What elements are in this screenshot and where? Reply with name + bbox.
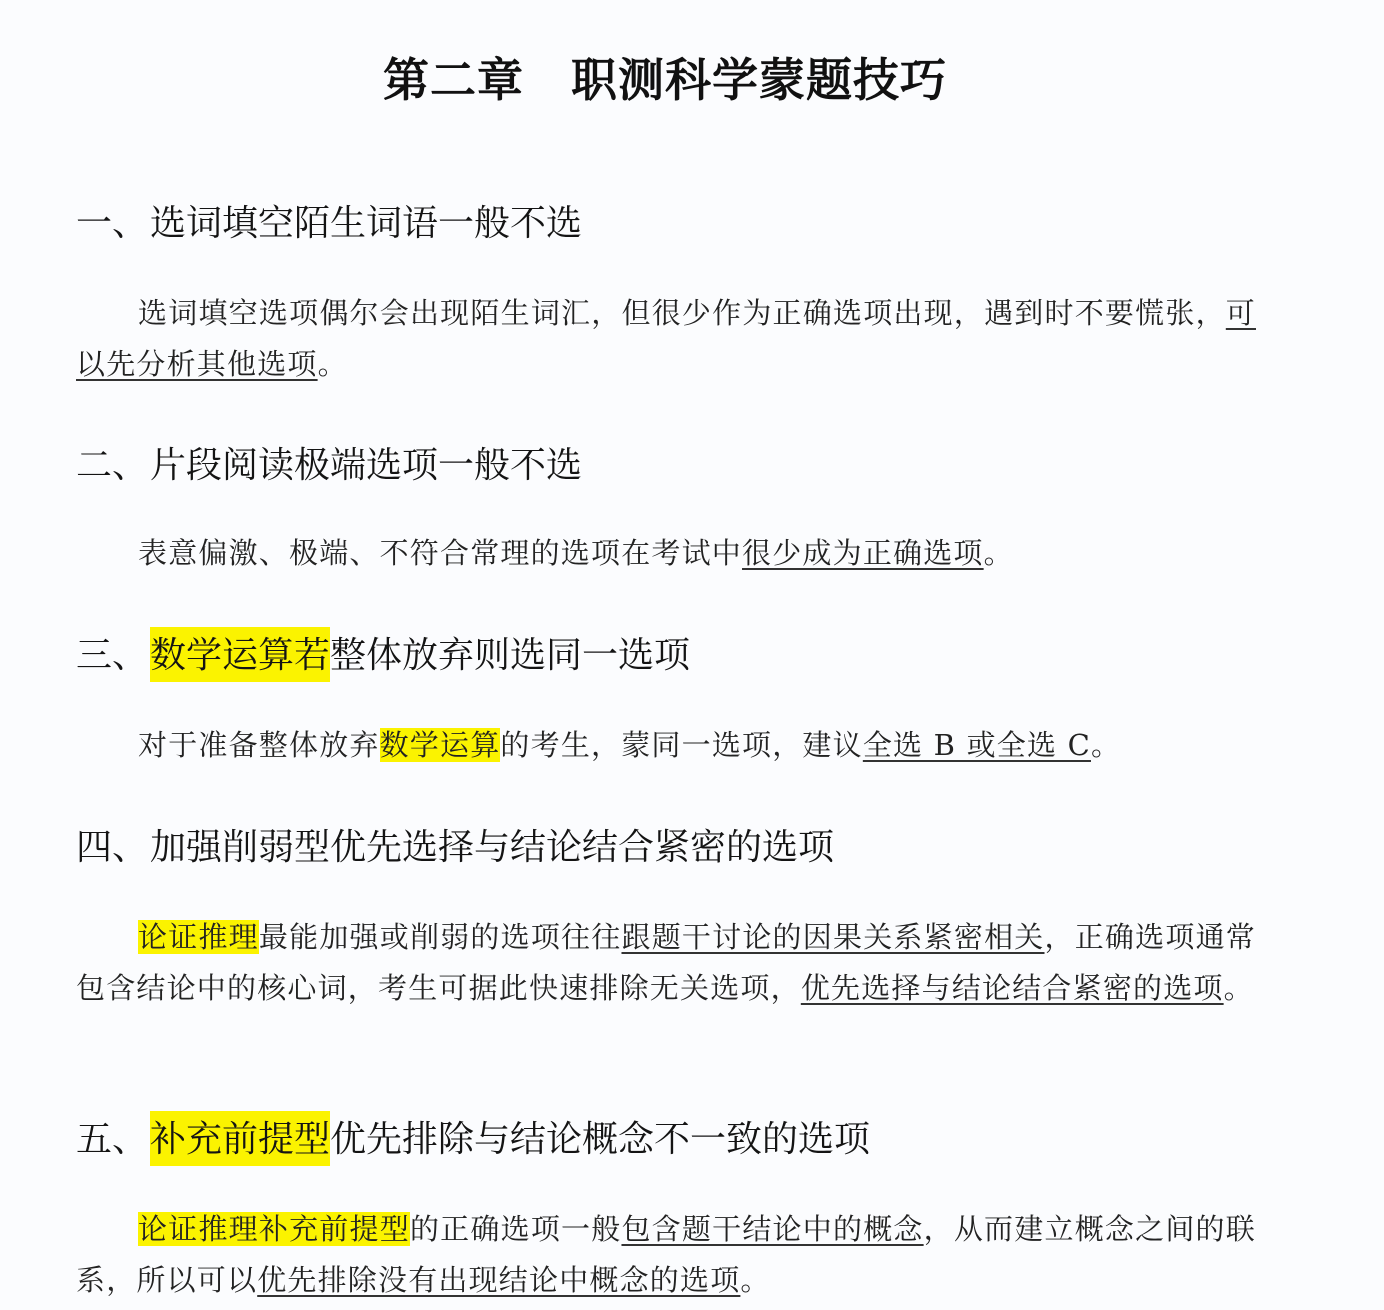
document-page: 第二章 职测科学蒙题技巧 一、选词填空陌生词语一般不选 选词填空选项偶尔会出现陌… [0,0,1384,1310]
underlined-text: 全选 B 或全选 C [863,728,1091,762]
section-body-2: 表意偏激、极端、不符合常理的选项在考试中很少成为正确选项。 [76,528,1256,579]
section-number: 四、 [76,824,150,872]
body-text: 。 [984,536,1014,570]
body-text: 。 [740,1263,770,1297]
body-text: 对于准备整体放弃 [138,728,380,762]
section-heading-1: 一、选词填空陌生词语一般不选 [76,200,582,248]
body-text: 。 [1091,728,1121,762]
section-body-4: 论证推理最能加强或削弱的选项往往跟题干讨论的因果关系紧密相关，正确选项通常包含结… [76,912,1256,1014]
underlined-text: 优先选择与结论结合紧密的选项 [801,971,1224,1005]
section-heading-4: 四、加强削弱型优先选择与结论结合紧密的选项 [76,824,834,872]
underlined-text: 很少成为正确选项 [742,536,984,570]
highlighted-text: 数学运算 [380,728,501,762]
highlighted-text: 论证推理补充前提型 [138,1212,410,1246]
heading-text: 片段阅读极端选项一般不选 [150,445,582,486]
body-text: 的考生，蒙同一选项，建议 [500,728,862,762]
heading-text: 整体放弃则选同一选项 [330,635,690,676]
heading-text: 加强削弱型优先选择与结论结合紧密的选项 [150,827,834,868]
section-body-1: 选词填空选项偶尔会出现陌生词汇，但很少作为正确选项出现，遇到时不要慌张，可以先分… [76,288,1256,390]
body-text: 最能加强或削弱的选项往往 [259,920,622,954]
body-text: 。 [318,347,348,381]
section-heading-5: 五、补充前提型优先排除与结论概念不一致的选项 [76,1116,870,1164]
highlighted-text: 数学运算若 [150,627,330,682]
body-text: 。 [1224,971,1254,1005]
section-heading-3: 三、数学运算若整体放弃则选同一选项 [76,632,690,680]
body-text: 表意偏激、极端、不符合常理的选项在考试中 [138,536,742,570]
underlined-text: 包含题干结论中的概念 [621,1212,923,1246]
heading-text: 选词填空陌生词语一般不选 [150,203,582,244]
section-number: 三、 [76,632,150,680]
heading-text: 优先排除与结论概念不一致的选项 [330,1119,870,1160]
highlighted-text: 论证推理 [138,920,259,954]
underlined-text: 跟题干讨论的因果关系紧密相关 [621,920,1044,954]
section-number: 一、 [76,200,150,248]
section-number: 五、 [76,1116,150,1164]
body-text: 选词填空选项偶尔会出现陌生词汇，但很少作为正确选项出现，遇到时不要慌张， [138,296,1226,330]
section-number: 二、 [76,442,150,490]
section-heading-2: 二、片段阅读极端选项一般不选 [76,442,582,490]
section-body-3: 对于准备整体放弃数学运算的考生，蒙同一选项，建议全选 B 或全选 C。 [76,720,1256,771]
underlined-text: 优先排除没有出现结论中概念的选项 [257,1263,740,1297]
highlighted-text: 补充前提型 [150,1111,330,1166]
body-text: 的正确选项一般 [410,1212,622,1246]
section-body-5: 论证推理补充前提型的正确选项一般包含题干结论中的概念，从而建立概念之间的联系，所… [76,1204,1256,1306]
chapter-title: 第二章 职测科学蒙题技巧 [0,50,1330,110]
